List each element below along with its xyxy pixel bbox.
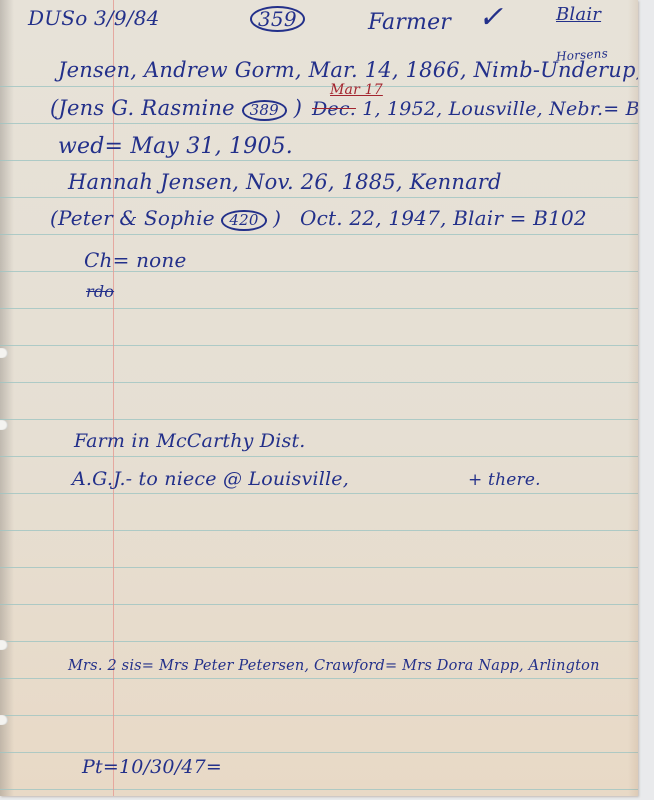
- note-niece: A.G.J.- to niece @ Louisville,: [72, 468, 349, 490]
- rule-line: [0, 752, 638, 753]
- marriage: wed= May 31, 1905.: [58, 134, 293, 159]
- rule-line: [0, 456, 638, 457]
- rule-line: [0, 160, 638, 161]
- death-month-correction: Mar 17: [330, 82, 383, 98]
- note-farm: Farm in McCarthy Dist.: [74, 430, 306, 452]
- rule-line: [0, 123, 638, 124]
- rule-line: [0, 308, 638, 309]
- struck-note: rdo: [86, 282, 114, 301]
- husband-parents: (Jens G. Rasmine: [50, 96, 235, 120]
- rule-line: [0, 641, 638, 642]
- rule-line: [0, 715, 638, 716]
- rule-line: [0, 567, 638, 568]
- recorder-date: DUSo 3/9/84: [28, 6, 160, 30]
- rule-line: [0, 345, 638, 346]
- rule-line: [0, 493, 638, 494]
- rule-line: [0, 86, 638, 87]
- rule-line: [0, 530, 638, 531]
- footer-label: Pt=: [82, 756, 119, 778]
- footer-date: 10/30/47: [119, 756, 206, 778]
- occupation: Farmer: [368, 10, 451, 35]
- husband-death-line: Dec. 1, 1952, Lousville, Nebr.= B102: [312, 98, 638, 120]
- town: Blair: [556, 4, 601, 25]
- wife-name-birth: Hannah Jensen, Nov. 26, 1885, Kennard: [68, 170, 502, 194]
- wife-parents-close: ): [273, 206, 281, 230]
- wife-parents-line: (Peter & Sophie 420 ): [50, 206, 281, 231]
- rule-line: [0, 604, 638, 605]
- rule-line: [0, 419, 638, 420]
- husband-parents-close: ): [294, 96, 302, 120]
- notebook-page: DUSo 3/9/84 359 Farmer ✓ Blair Horsens J…: [0, 0, 638, 796]
- footer-suffix: =: [206, 756, 222, 778]
- rule-line: [0, 234, 638, 235]
- husband-line: Jensen, Andrew Gorm, Mar. 14, 1866, Nimb…: [58, 58, 638, 82]
- death-month-original: Dec.: [312, 98, 356, 120]
- rule-line: [0, 197, 638, 198]
- record-number: 359: [250, 6, 305, 32]
- rule-line: [0, 789, 638, 790]
- rule-line: [0, 382, 638, 383]
- husband-parents-ref: 389: [242, 100, 287, 121]
- rule-line: [0, 678, 638, 679]
- check-mark-icon: ✓: [478, 0, 503, 35]
- wife-parents-ref: 420: [221, 210, 266, 231]
- note-there: + there.: [468, 470, 541, 490]
- children: Ch= none: [84, 248, 187, 272]
- husband-death: 1, 1952, Lousville, Nebr.= B102: [362, 98, 638, 120]
- record-number-circle: 359: [250, 6, 305, 32]
- siblings: Mrs. 2 sis= Mrs Peter Petersen, Crawford…: [68, 658, 600, 674]
- wife-death: Oct. 22, 1947, Blair = B102: [300, 206, 587, 230]
- husband-name-birth: Jensen, Andrew Gorm, Mar. 14, 1866, Nimb…: [58, 58, 638, 82]
- husband-parents-line: (Jens G. Rasmine 389 ): [50, 96, 302, 121]
- page-edge-shadow: [0, 0, 14, 796]
- wife-parents: (Peter & Sophie: [50, 206, 215, 230]
- footer-note: Pt=10/30/47=: [82, 756, 222, 778]
